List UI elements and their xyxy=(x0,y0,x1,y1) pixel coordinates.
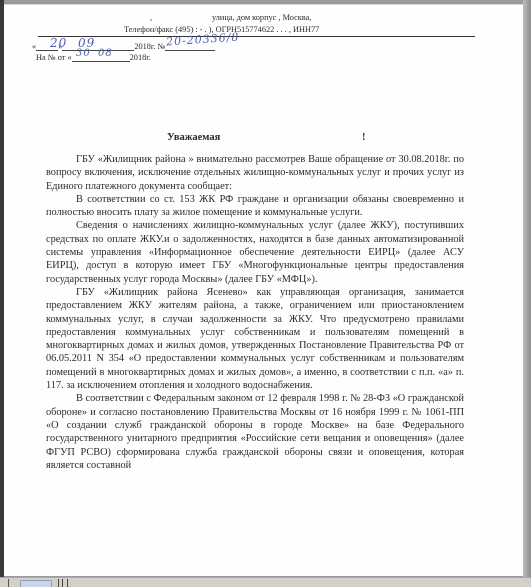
paragraph-eirc-info: Сведения о начислениях жилищно-коммуналь… xyxy=(46,219,464,285)
letter-body: ГБУ «Жилищник района » внимательно рассм… xyxy=(46,153,464,472)
viewer-right-edge xyxy=(523,0,531,577)
paragraph-article-153: В соответствии со ст. 153 ЖК РФ граждане… xyxy=(46,193,464,220)
handwritten-incoming-month: 08 xyxy=(98,48,113,59)
incoming-reference: На № от «2018г. xyxy=(36,52,151,62)
handwritten-day: 20 xyxy=(50,36,67,50)
incoming-prefix: На № от « xyxy=(36,53,72,62)
incoming-year: 2018г. xyxy=(130,53,151,62)
scroll-left-button[interactable] xyxy=(8,579,13,587)
letterhead: , улица, дом корпус , Москва, Телефон/фа… xyxy=(4,5,523,65)
handwritten-incoming-day: 30 xyxy=(76,48,91,59)
scroll-grip-icon[interactable] xyxy=(58,579,68,587)
address-comma: , xyxy=(150,13,152,22)
salutation: Уважаемая xyxy=(167,132,220,143)
outgoing-year: 2018г. № xyxy=(134,42,165,51)
salutation-exclamation: ! xyxy=(362,132,366,143)
horizontal-scrollbar[interactable] xyxy=(0,577,531,587)
letterhead-divider xyxy=(38,36,475,37)
paragraph-civil-defense: В соответствии с Федеральным законом от … xyxy=(46,392,464,472)
paragraph-management-company: ГБУ «Жилищник района Ясенево» как управл… xyxy=(46,286,464,392)
document-page[interactable]: , улица, дом корпус , Москва, Телефон/фа… xyxy=(4,4,523,576)
address-text: улица, дом корпус , Москва, xyxy=(212,13,311,22)
paragraph-response-intro: ГБУ «Жилищник района » внимательно рассм… xyxy=(46,153,464,193)
address-line: , улица, дом корпус , Москва, xyxy=(212,13,311,22)
scroll-thumb[interactable] xyxy=(20,580,52,587)
document-viewer: , улица, дом корпус , Москва, Телефон/фа… xyxy=(0,0,531,577)
